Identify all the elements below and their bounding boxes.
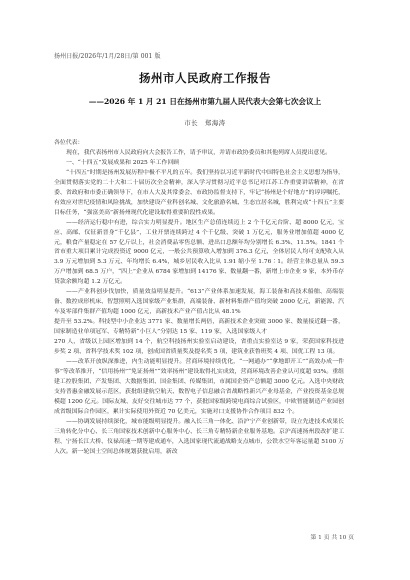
document-page: 扬州日报/2026年/1月/28日/第 001 版 扬州市人民政府工作报告 ——… <box>0 0 410 580</box>
newspaper-masthead: 扬州日报/2026年/1月/28日/第 001 版 <box>54 51 161 60</box>
paragraph-overview: “十四五”时期是扬州发展历程中极不平凡的五年。我们坚持以习近平新时代中国特色社会… <box>54 169 344 219</box>
paragraph-economy: ——经济运行稳中有进，综合实力明显提升。地区生产总值连续迈上 2 个千亿元台阶、… <box>54 219 344 289</box>
paragraph-industry-cont: 提升至 53.2%。科技型中小企业达 3771 家、数量增长两倍，高新技术企业突… <box>54 318 344 338</box>
report-title: 扬州市人民政府工作报告 <box>0 70 410 86</box>
paragraph-industry-cont-2: 270 人，省级以上园区增加到 14 个，航空科技扬州实验室启动建设，省重点实验… <box>54 338 344 358</box>
page-footer: 第 1 页 共 10 页 <box>0 532 410 541</box>
page-indicator: 第 1 页 共 10 页 <box>311 535 354 541</box>
salutation: 各位代表： <box>54 139 344 149</box>
report-body: 各位代表： 现在，我代表扬州市人民政府向大会报告工作，请予审议，并请市政协委员和… <box>54 139 344 458</box>
paragraph-industry: ——产业科创步伐加快，质量效益明显提升。“613”产业体系加速发展，海工装备和高… <box>54 288 344 318</box>
paragraph-reform: ——改革开放纵深推进，内生动能明显提升。营商环境持续优化，“一网通办”“拿地即开… <box>54 358 344 418</box>
report-subtitle: ——2026 年 1 月 21 日在扬州市第九届人民代表大会第七次会议上 <box>0 96 410 107</box>
section-heading: 一、“十四五”发展成果和 2025 年工作回顾 <box>54 159 344 169</box>
paragraph-coordination: ——协调发展持续深化，城市能级明显提升。融入长三角一体化、沿沪宁产业创新带，设立… <box>54 418 344 458</box>
paragraph-intro: 现在，我代表扬州市人民政府向大会报告工作，请予审议，并请市政协委员和其他列席人员… <box>54 149 344 159</box>
report-author: 市长 郑海涛 <box>0 118 410 127</box>
